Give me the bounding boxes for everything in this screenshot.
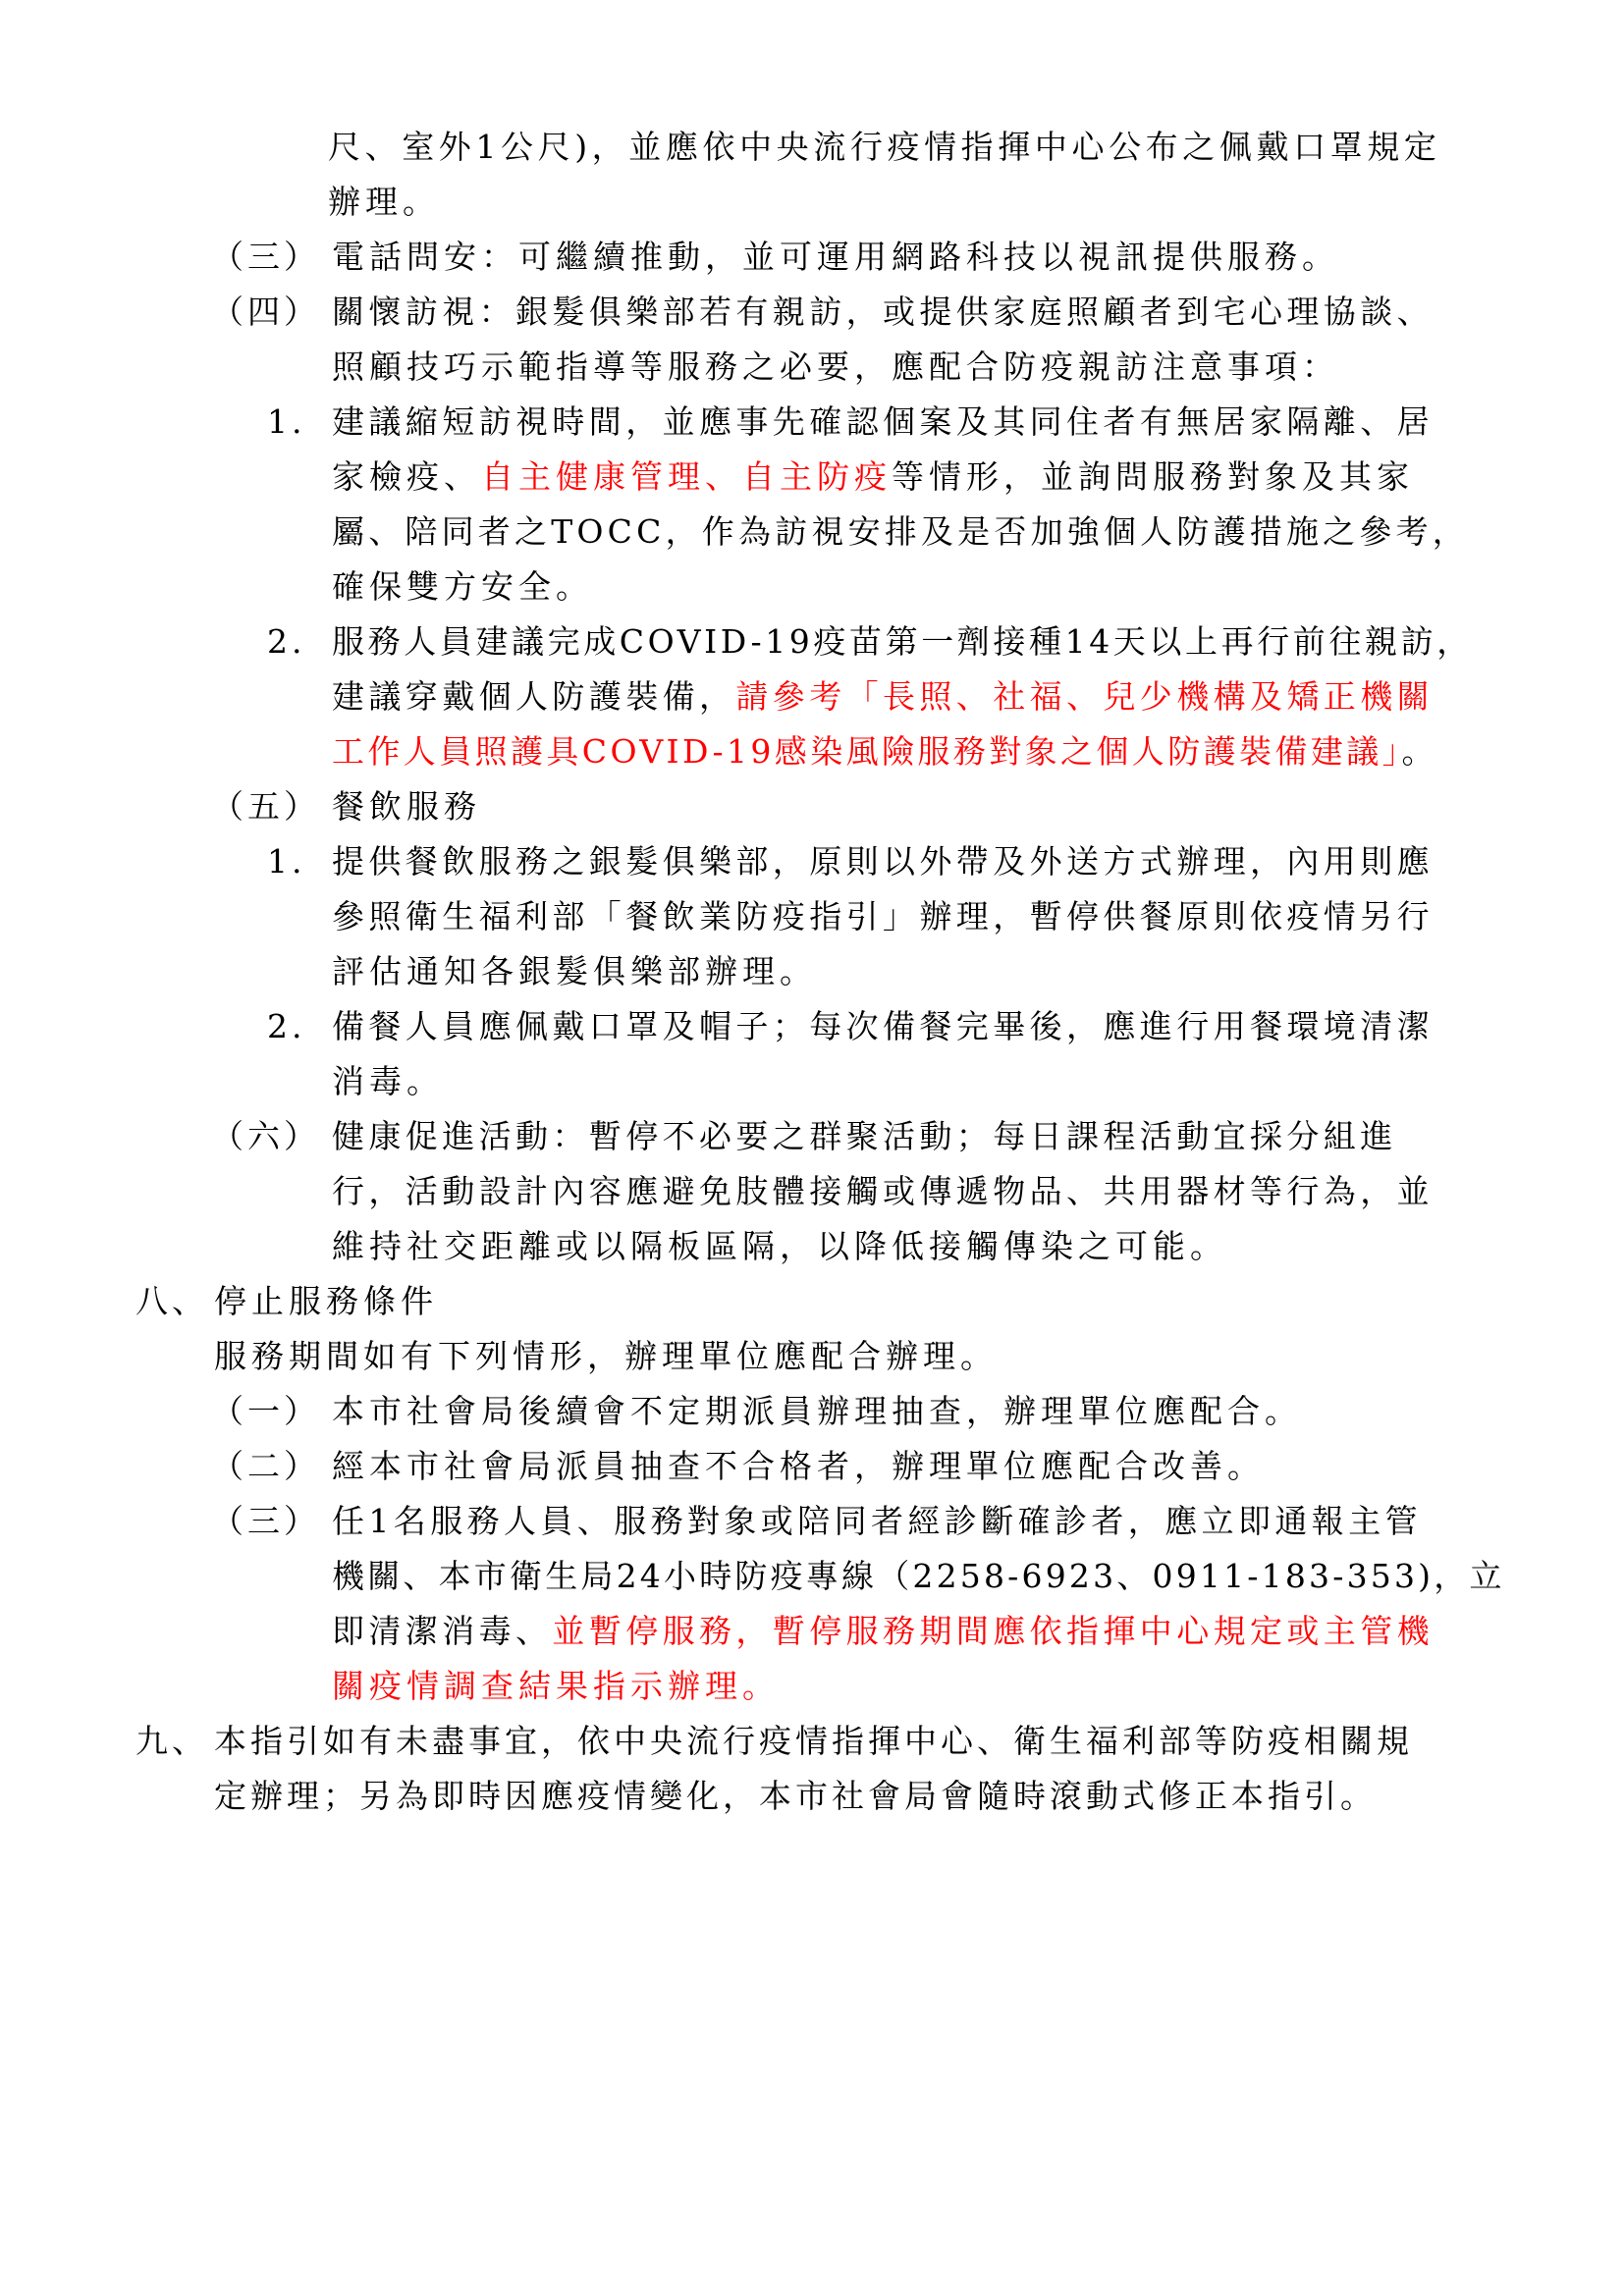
text-segment: 電話問安：可繼續推動，並可運用網路科技以視訊提供服務。 xyxy=(332,238,1339,276)
text-segment: 建議穿戴個人防護裝備， xyxy=(332,677,735,716)
paragraph-line: 關懷訪視：銀髮俱樂部若有親訪，或提供家庭照顧者到宅心理協談、 xyxy=(332,285,1434,340)
item-label: （五） xyxy=(211,779,320,834)
paragraph-line: 辦理。 xyxy=(328,175,440,230)
item-label: （二） xyxy=(211,1439,320,1494)
text-segment: 參照衛生福利部「餐飲業防疫指引」辦理，暫停供餐原則依疫情另行 xyxy=(332,897,1434,935)
paragraph-line: 家檢疫、自主健康管理、自主防疫等情形，並詢問服務對象及其家 xyxy=(332,450,1414,505)
paragraph-line: 定辦理；另為即時因應疫情變化，本市社會局會隨時滾動式修正本指引。 xyxy=(214,1769,1377,1824)
paragraph-line: 評估通知各銀髮俱樂部辦理。 xyxy=(332,944,817,999)
text-segment: 本指引如有未盡事宜，依中央流行疫情指揮中心、衛生福利部等防疫相關規 xyxy=(214,1722,1413,1760)
paragraph-line: 參照衛生福利部「餐飲業防疫指引」辦理，暫停供餐原則依疫情另行 xyxy=(332,889,1434,944)
text-segment: 本市社會局後續會不定期派員辦理抽查，辦理單位應配合。 xyxy=(332,1392,1302,1430)
paragraph-line: 任1名服務人員、服務對象或陪同者經診斷確診者，應立即通報主管 xyxy=(332,1494,1422,1549)
highlighted-text: 請參考「長照、社福、兒少機構及矯正機關 xyxy=(735,677,1434,716)
highlighted-text: 工作人員照護具COVID-19感染風險服務對象之個人防護裝備建議」 xyxy=(332,732,1402,771)
paragraph-line: 維持社交距離或以隔板區隔，以降低接觸傳染之可能。 xyxy=(332,1219,1227,1274)
paragraph-line: 餐飲服務 xyxy=(332,779,481,834)
item-label: （一） xyxy=(211,1384,320,1439)
text-segment: 評估通知各銀髮俱樂部辦理。 xyxy=(332,952,817,990)
text-segment: 照顧技巧示範指導等服務之必要，應配合防疫親訪注意事項： xyxy=(332,347,1339,386)
item-number: 1. xyxy=(267,395,306,450)
paragraph-line: 電話問安：可繼續推動，並可運用網路科技以視訊提供服務。 xyxy=(332,230,1339,285)
paragraph-line: 即清潔消毒、並暫停服務，暫停服務期間應依指揮中心規定或主管機 xyxy=(332,1604,1434,1659)
text-segment: 。 xyxy=(1402,732,1437,771)
paragraph-line: 服務人員建議完成COVID-19疫苗第一劑接種14天以上再行前往親訪， xyxy=(332,614,1473,669)
text-segment: 等情形，並詢問服務對象及其家 xyxy=(892,457,1414,496)
text-segment: 服務人員建議完成COVID-19疫苗第一劑接種14天以上再行前往親訪， xyxy=(332,622,1473,661)
item-number: 1. xyxy=(267,834,306,889)
item-label: （三） xyxy=(211,230,320,285)
text-segment: 消毒。 xyxy=(332,1062,444,1100)
paragraph-line: 本指引如有未盡事宜，依中央流行疫情指揮中心、衛生福利部等防疫相關規 xyxy=(214,1714,1413,1769)
paragraph-line: 建議穿戴個人防護裝備，請參考「長照、社福、兒少機構及矯正機關 xyxy=(332,669,1434,724)
paragraph-line: 消毒。 xyxy=(332,1054,444,1109)
item-label: （三） xyxy=(211,1494,320,1549)
text-segment: 行，活動設計內容應避免肢體接觸或傳遞物品、共用器材等行為，並 xyxy=(332,1172,1434,1210)
paragraph-line: 照顧技巧示範指導等服務之必要，應配合防疫親訪注意事項： xyxy=(332,340,1339,395)
text-segment: 即清潔消毒、 xyxy=(332,1612,552,1650)
text-segment: 建議縮短訪視時間，並應事先確認個案及其同住者有無居家隔離、居 xyxy=(332,402,1434,441)
section-number: 八、 xyxy=(135,1274,208,1329)
item-number: 2. xyxy=(267,614,306,669)
text-segment: 維持社交距離或以隔板區隔，以降低接觸傳染之可能。 xyxy=(332,1227,1227,1265)
paragraph-line: 建議縮短訪視時間，並應事先確認個案及其同住者有無居家隔離、居 xyxy=(332,395,1434,450)
paragraph-line: 屬、陪同者之TOCC，作為訪視安排及是否加強個人防護措施之參考， xyxy=(332,505,1469,560)
paragraph-line: 尺、室外1公尺)，並應依中央流行疫情指揮中心公布之佩戴口罩規定 xyxy=(328,120,1483,175)
text-segment: 任1名服務人員、服務對象或陪同者經診斷確診者，應立即通報主管 xyxy=(332,1502,1422,1540)
highlighted-text: 並暫停服務，暫停服務期間應依指揮中心規定或主管機 xyxy=(552,1612,1434,1650)
document-page: 尺、室外1公尺)，並應依中央流行疫情指揮中心公布之佩戴口罩規定 辦理。 （三） … xyxy=(0,0,1624,2296)
text-segment: 家檢疫、 xyxy=(332,457,481,496)
paragraph-line: 工作人員照護具COVID-19感染風險服務對象之個人防護裝備建議」。 xyxy=(332,724,1437,779)
item-number: 2. xyxy=(267,999,306,1054)
text-segment: 機關、本市衛生局24小時防疫專線（2258-6923、0911-183-353)… xyxy=(332,1557,1505,1595)
highlighted-text: 自主健康管理、自主防疫 xyxy=(481,457,892,496)
text-segment: 尺、室外1公尺)，並應依中央流行疫情指揮中心公布之佩戴口罩規定 xyxy=(328,128,1440,166)
highlighted-text: 關疫情調查結果指示辦理。 xyxy=(332,1667,780,1705)
item-label: （六） xyxy=(211,1109,320,1164)
paragraph-line: 確保雙方安全。 xyxy=(332,560,593,614)
text-segment: 辦理。 xyxy=(328,183,440,221)
section-heading: 停止服務條件 xyxy=(214,1274,438,1329)
text-segment: 經本市社會局派員抽查不合格者，辦理單位應配合改善。 xyxy=(332,1447,1265,1485)
text-segment: 屬、陪同者之TOCC，作為訪視安排及是否加強個人防護措施之參考， xyxy=(332,512,1469,551)
paragraph-line: 機關、本市衛生局24小時防疫專線（2258-6923、0911-183-353)… xyxy=(332,1549,1505,1604)
paragraph-line: 提供餐飲服務之銀髮俱樂部，原則以外帶及外送方式辦理，內用則應 xyxy=(332,834,1434,889)
text-segment: 確保雙方安全。 xyxy=(332,567,593,606)
section-number: 九、 xyxy=(135,1714,208,1769)
text-segment: 停止服務條件 xyxy=(214,1282,438,1320)
text-segment: 備餐人員應佩戴口罩及帽子；每次備餐完畢後，應進行用餐環境清潔 xyxy=(332,1007,1434,1045)
paragraph-line: 關疫情調查結果指示辦理。 xyxy=(332,1659,780,1714)
item-label: （四） xyxy=(211,285,320,340)
paragraph-line: 備餐人員應佩戴口罩及帽子；每次備餐完畢後，應進行用餐環境清潔 xyxy=(332,999,1434,1054)
paragraph-line: 本市社會局後續會不定期派員辦理抽查，辦理單位應配合。 xyxy=(332,1384,1302,1439)
text-segment: 餐飲服務 xyxy=(332,787,481,826)
paragraph-line: 服務期間如有下列情形，辦理單位應配合辦理。 xyxy=(214,1329,998,1384)
paragraph-line: 經本市社會局派員抽查不合格者，辦理單位應配合改善。 xyxy=(332,1439,1265,1494)
text-segment: 關懷訪視：銀髮俱樂部若有親訪，或提供家庭照顧者到宅心理協談、 xyxy=(332,293,1434,331)
text-segment: 健康促進活動：暫停不必要之群聚活動；每日課程活動宜採分組進 xyxy=(332,1117,1397,1155)
text-segment: 服務期間如有下列情形，辦理單位應配合辦理。 xyxy=(214,1337,998,1375)
paragraph-line: 行，活動設計內容應避免肢體接觸或傳遞物品、共用器材等行為，並 xyxy=(332,1164,1434,1219)
text-segment: 定辦理；另為即時因應疫情變化，本市社會局會隨時滾動式修正本指引。 xyxy=(214,1777,1377,1815)
paragraph-line: 健康促進活動：暫停不必要之群聚活動；每日課程活動宜採分組進 xyxy=(332,1109,1397,1164)
text-segment: 提供餐飲服務之銀髮俱樂部，原則以外帶及外送方式辦理，內用則應 xyxy=(332,842,1434,881)
